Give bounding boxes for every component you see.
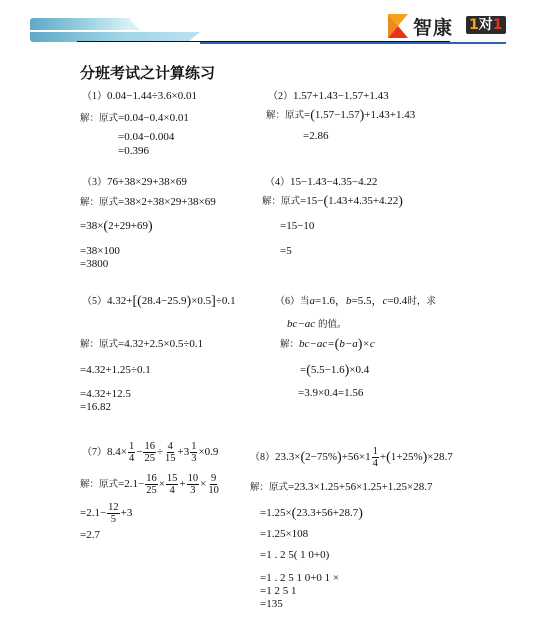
fraction: 1625 [143, 441, 156, 464]
page-title: 分班考试之计算练习 [80, 62, 215, 83]
step-text: +1.43+1.43 [364, 109, 415, 121]
problem-1-step-2: =0.04−0.004 [118, 131, 174, 143]
step-text: 1.57−1.57 [315, 109, 360, 121]
solution-prefix: 解： [280, 339, 299, 350]
badge-one-2: 1 [493, 17, 503, 33]
solution-prefix: 解：原式 [80, 339, 118, 350]
value-text: =1.6， [315, 295, 346, 307]
step-text: =0.04−0.4×0.01 [118, 112, 189, 124]
expr-part: 2−75% [305, 451, 337, 463]
step-text: =2.1− [118, 478, 144, 490]
denominator: 10 [207, 485, 220, 496]
expr-part: ×0.5 [191, 295, 211, 307]
solution-prefix: 解：原式 [80, 197, 118, 208]
problem-7-step-1: 解：原式=2.1−1625×154+103×910 [80, 473, 221, 496]
problem-4-step-2: =15−10 [280, 220, 314, 232]
expr-part: 23.3× [275, 451, 300, 463]
expr-part: 1+25% [391, 451, 423, 463]
fraction: 13 [190, 441, 197, 464]
problem-6-statement-line-1: （6）当a=1.6，b=5.5，c=0.4时，求 [275, 292, 436, 308]
step-text: 1.43+4.35+4.22 [328, 195, 398, 207]
fraction: 1625 [145, 473, 158, 496]
problem-8-step-7: =135 [260, 598, 283, 610]
problem-number: （7） [82, 447, 107, 458]
step-text: =38× [80, 220, 103, 232]
expr-part: ×28.7 [427, 451, 452, 463]
fraction: 103 [187, 473, 200, 496]
problem-3-step-1: 解：原式=38×2+38×29+38×69 [80, 194, 216, 208]
denominator: 5 [110, 514, 117, 525]
step-text: =15− [300, 195, 323, 207]
numerator: 1 [128, 441, 135, 453]
problem-2-step-1: 解：原式=(1.57−1.57)+1.43+1.43 [266, 107, 415, 124]
badge-one: 1 [469, 17, 479, 33]
fraction: 910 [207, 473, 220, 496]
operator: ÷ [157, 446, 163, 458]
value-text: =0.4 [387, 295, 407, 307]
operator: +3 [177, 446, 189, 458]
expr-part: 28.4−25.9 [142, 295, 187, 307]
numerator: 1 [190, 441, 197, 453]
denominator: 4 [169, 485, 176, 496]
operator: ×0.9 [198, 446, 218, 458]
problem-6-step-2: =(5.5−1.6)×0.4 [300, 363, 369, 379]
brand-logo-icon [388, 14, 408, 38]
problem-expression: 15−1.43−4.35−4.22 [290, 176, 377, 188]
problem-1-step-3: =0.396 [118, 145, 149, 157]
operator: − [136, 446, 142, 458]
problem-7-step-2: =2.1−125+3 [80, 502, 132, 525]
cn-text: 的值。 [318, 319, 347, 330]
step-text: ×0.4 [349, 364, 369, 376]
problem-6-statement-line-2: bc−ac 的值。 [287, 316, 346, 330]
expr-part: 4.32+ [107, 295, 132, 307]
problem-expression: 76+38×29+38×69 [107, 176, 187, 188]
expr-part: bc−ac [287, 318, 315, 330]
problem-8-step-3: =1.25×108 [260, 528, 308, 540]
operator: × [200, 478, 206, 490]
numerator: 1 [372, 446, 379, 458]
expr-part: +56×1 [342, 451, 371, 463]
fraction: 14 [128, 441, 135, 464]
cn-text: 时，求 [407, 296, 436, 307]
numerator: 9 [210, 473, 217, 485]
problem-4-step-1: 解：原式=15−(1.43+4.35+4.22) [262, 193, 403, 210]
paren-close: ) [358, 506, 363, 521]
step-text: =23.3×1.25+56×1.25+1.25×28.7 [288, 481, 432, 493]
solution-prefix: 解：原式 [250, 482, 288, 493]
step-text: =4.32+2.5×0.5÷0.1 [118, 338, 203, 350]
banner-stripe-top-slant [128, 18, 140, 30]
problem-3-statement: （3）76+38×29+38×69 [82, 173, 187, 188]
step-text: ×c [362, 338, 374, 350]
denominator: 3 [189, 485, 196, 496]
numerator: 15 [166, 473, 179, 485]
solution-prefix: 解：原式 [80, 113, 118, 124]
numerator: 4 [167, 441, 174, 453]
step-text: +3 [121, 507, 133, 519]
denominator: 15 [164, 453, 177, 464]
problem-expression: 1.57+1.43−1.57+1.43 [293, 90, 389, 102]
problem-number: （5） [82, 296, 107, 307]
problem-3-step-2: =38×(2+29+69) [80, 219, 153, 235]
banner-stripe-top [30, 18, 130, 30]
problem-7-step-3: =2.7 [80, 529, 100, 541]
problem-2-step-2: =2.86 [303, 130, 328, 142]
fraction: 154 [166, 473, 179, 496]
paren-close: ) [398, 194, 403, 209]
problem-number: （6） [275, 296, 300, 307]
problem-number: （2） [268, 91, 293, 102]
problem-4-step-3: =5 [280, 245, 292, 257]
step-text: 23.3+56+28.7 [296, 507, 358, 519]
solution-prefix: 解：原式 [266, 110, 304, 121]
value-text: =5.5， [351, 295, 382, 307]
step-text: 5.5−1.6 [311, 364, 345, 376]
problem-number: （3） [82, 177, 107, 188]
problem-8-step-5: =1 . 2 5 1 0+0 1 × [260, 572, 339, 584]
problem-3-step-3: =38×100 [80, 245, 120, 257]
operator: × [159, 478, 165, 490]
fraction: 14 [372, 446, 379, 469]
header-rule-blue [200, 42, 506, 44]
problem-expression: 0.04−1.44÷3.6×0.01 [107, 90, 197, 102]
badge-dui: 对 [479, 17, 493, 33]
numerator: 16 [145, 473, 158, 485]
cn-text: 当 [300, 296, 310, 307]
problem-8-step-6: =1 2 5 1 [260, 585, 296, 597]
problem-2-statement: （2）1.57+1.43−1.57+1.43 [268, 87, 389, 102]
bracket-open: [( [132, 294, 141, 309]
denominator: 3 [190, 453, 197, 464]
step-text: 2+29+69 [108, 220, 148, 232]
denominator: 4 [128, 453, 135, 464]
expr-part: 8.4× [107, 446, 127, 458]
problem-number: （8） [250, 452, 275, 463]
operator: + [179, 478, 185, 490]
problem-1-statement: （1）0.04−1.44÷3.6×0.01 [82, 87, 197, 102]
step-text: =1.25× [260, 507, 292, 519]
problem-number: （1） [82, 91, 107, 102]
problem-5-step-4: =16.82 [80, 401, 111, 413]
brand-badge: 1对1 [466, 16, 506, 34]
fraction: 125 [107, 502, 120, 525]
problem-number: （4） [265, 177, 290, 188]
problem-5-statement: （5）4.32+[(28.4−25.9)×0.5]÷0.1 [82, 292, 236, 310]
denominator: 25 [143, 453, 156, 464]
solution-prefix: 解：原式 [262, 196, 300, 207]
step-text: bc−ac= [299, 338, 335, 350]
problem-6-step-1: 解：bc−ac=(b−a)×c [280, 336, 375, 353]
brand-name: 智康 [413, 13, 453, 40]
numerator: 10 [187, 473, 200, 485]
problem-8-step-2: =1.25×(23.3+56+28.7) [260, 506, 363, 522]
problem-1-step-1: 解：原式=0.04−0.4×0.01 [80, 110, 189, 124]
expr-part: ÷0.1 [216, 295, 236, 307]
problem-8-statement: （8）23.3×(2−75%)+56×114+(1+25%)×28.7 [250, 446, 453, 469]
problem-3-step-4: =3800 [80, 258, 108, 270]
fraction: 415 [164, 441, 177, 464]
step-text: =2.1− [80, 507, 106, 519]
problem-5-step-1: 解：原式=4.32+2.5×0.5÷0.1 [80, 336, 203, 350]
problem-7-statement: （7）8.4×14−1625÷415+313×0.9 [82, 441, 218, 464]
paren-close: ) [148, 219, 153, 234]
denominator: 25 [145, 485, 158, 496]
problem-6-step-3: =3.9×0.4=1.56 [298, 387, 363, 399]
problem-5-step-2: =4.32+1.25÷0.1 [80, 364, 151, 376]
problem-8-step-1: 解：原式=23.3×1.25+56×1.25+1.25×28.7 [250, 479, 433, 493]
step-text: b−a [339, 338, 357, 350]
problem-8-step-4: =1 . 2 5( 1 0+0) [260, 549, 329, 561]
step-text: =38×2+38×29+38×69 [118, 196, 216, 208]
problem-4-statement: （4）15−1.43−4.35−4.22 [265, 173, 377, 188]
problem-5-step-3: =4.32+12.5 [80, 388, 131, 400]
denominator: 4 [372, 458, 379, 469]
solution-prefix: 解：原式 [80, 479, 118, 490]
numerator: 12 [107, 502, 120, 514]
numerator: 16 [143, 441, 156, 453]
